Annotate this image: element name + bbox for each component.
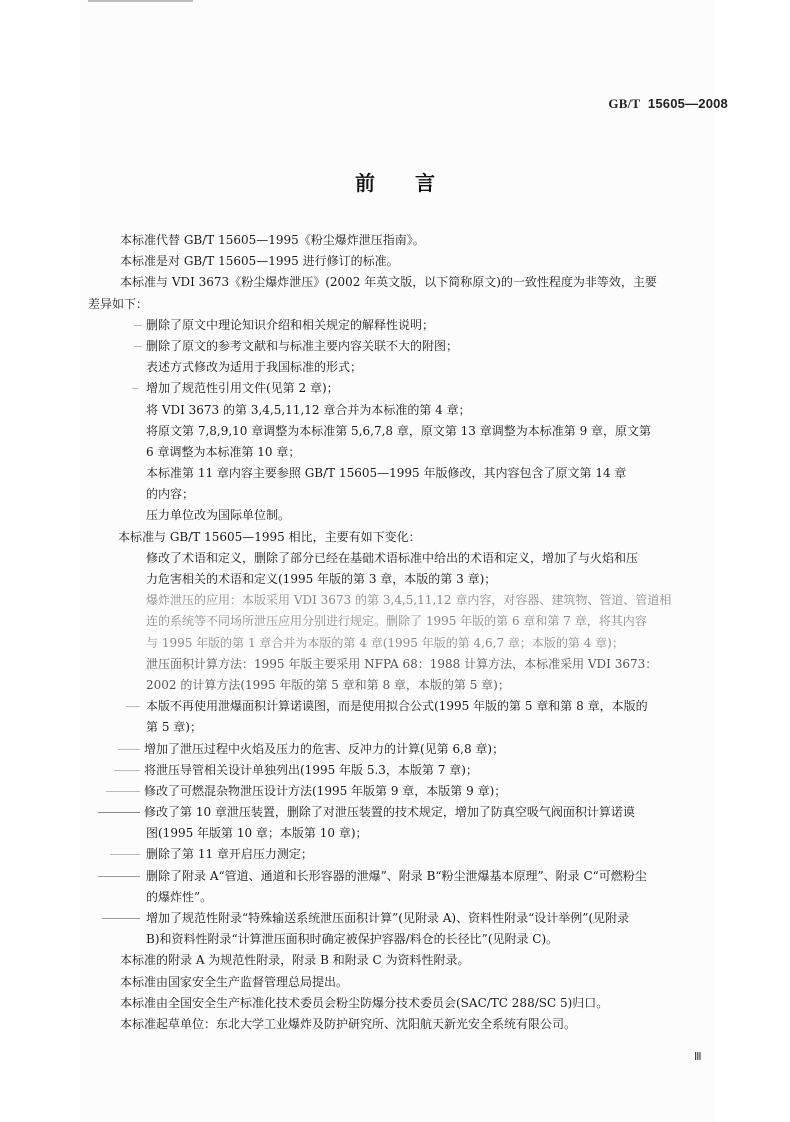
paragraph-consistency: 本标准与 VDI 3673《粉尘爆炸泄压》(2002 年英文版，以下简称原文)的… — [100, 272, 720, 293]
dash-marker — [98, 876, 140, 877]
list-item: 删除了附录 A“管道、通道和长形容器的泄爆”、附录 B“粉尘泄爆基本原理”、附录… — [100, 866, 720, 887]
standard-code-prefix: GB/T — [608, 96, 640, 111]
paragraph-annexes: 本标准的附录 A 为规范性附录，附录 B 和附录 C 为资料性附录。 — [100, 950, 720, 971]
paragraph-revision: 本标准是对 GB/T 15605—1995 进行修订的标准。 — [100, 251, 720, 272]
paragraph-drafters: 本标准起草单位：东北大学工业爆炸及防护研究所、沈阳航天新光安全系统有限公司。 — [100, 1014, 720, 1035]
dash-marker — [114, 770, 140, 771]
list-item: 删除了原文的参考文献和与标准主要内容关联不大的附图； — [100, 336, 720, 357]
list-item-cont: 的爆炸性”。 — [100, 887, 720, 908]
list-item: 将 VDI 3673 的第 3,4,5,11,12 章合并为本标准的第 4 章； — [100, 400, 720, 421]
list-item: 本版不再使用泄爆面积计算诺谟图，而是使用拟合公式(1995 年版的第 5 章和第… — [100, 696, 720, 717]
paragraph-replacement: 本标准代替 GB/T 15605—1995《粉尘爆炸泄压指南》。 — [100, 230, 720, 251]
list-item: 本标准第 11 章内容主要参照 GB/T 15605—1995 年版修改，其内容… — [100, 463, 720, 484]
paragraph-consistency-cont: 差异如下： — [88, 294, 720, 315]
list-item: 修改了可燃混杂物泄压设计方法(1995 年版第 9 章，本版第 9 章)； — [100, 781, 720, 802]
list-item: 表述方式修改为适用于我国标准的形式； — [100, 357, 720, 378]
dash-marker — [118, 749, 140, 750]
list-item: 泄压面积计算方法：1995 年版主要采用 NFPA 68：1988 计算方法，本… — [100, 654, 720, 675]
list-item: 增加了规范性附录“特殊输送系统泄压面积计算”(见附录 A)、资料性附录“设计举例… — [100, 908, 720, 929]
list-item: 删除了原文中理论知识介绍和相关规定的解释性说明； — [100, 315, 720, 336]
document-body: 本标准代替 GB/T 15605—1995《粉尘爆炸泄压指南》。 本标准是对 G… — [100, 230, 720, 1035]
list-item-cont: 2002 的计算方法(1995 年版的第 5 章和第 8 章，本版的第 5 章)… — [100, 675, 720, 696]
dash-marker — [134, 325, 142, 326]
dash-marker — [106, 791, 140, 792]
page-number: Ⅲ — [694, 1050, 701, 1063]
dash-marker — [132, 388, 138, 389]
list-item-cont: B)和资料性附录“计算泄压面积时确定被保护容器/料仓的长径比”(见附录 C)。 — [100, 929, 720, 950]
list-item: 修改了第 10 章泄压装置，删除了对泄压装置的技术规定，增加了防真空吸气阀面积计… — [100, 802, 720, 823]
list-item: 将原文第 7,8,9,10 章调整为本标准第 5,6,7,8 章，原文第 13 … — [100, 421, 720, 442]
list-item: 爆炸泄压的应用：本版采用 VDI 3673 的第 3,4,5,11,12 章内容… — [100, 590, 720, 611]
list-item-cont: 图(1995 年版第 10 章；本版第 10 章)； — [100, 823, 720, 844]
list-item-cont: 力危害相关的术语和定义(1995 年版的第 3 章，本版的第 3 章)； — [100, 569, 720, 590]
dash-marker — [110, 854, 140, 855]
paragraph-changes-intro: 本标准与 GB/T 15605—1995 相比，主要有如下变化： — [100, 527, 720, 548]
dash-marker — [98, 812, 140, 813]
list-item: 增加了泄压过程中火焰及压力的危害、反冲力的计算(见第 6,8 章)； — [100, 739, 720, 760]
list-item-cont: 连的系统等不同场所泄压应用分别进行规定。删除了 1995 年版的第 6 章和第 … — [100, 611, 720, 632]
list-item-cont: 与 1995 年版的第 1 章合并为本版的第 4 章(1995 年版的第 4,6… — [100, 633, 720, 654]
standard-code: GB/T 15605—2008 — [608, 96, 728, 112]
list-item-cont: 的内容； — [100, 484, 720, 505]
list-item-cont: 第 5 章)； — [100, 717, 720, 738]
paragraph-committee: 本标准由全国安全生产标准化技术委员会粉尘防爆分技术委员会(SAC/TC 288/… — [100, 993, 720, 1014]
list-item: 修改了术语和定义，删除了部分已经在基础术语标准中给出的术语和定义，增加了与火焰和… — [100, 548, 720, 569]
list-item-cont: 6 章调整为本标准第 10 章； — [100, 442, 720, 463]
dash-marker — [126, 706, 140, 707]
list-item: 删除了第 11 章开启压力测定； — [100, 844, 720, 865]
list-item: 压力单位改为国际单位制。 — [100, 505, 720, 526]
paragraph-proposer: 本标准由国家安全生产监督管理总局提出。 — [100, 972, 720, 993]
scan-artifact — [88, 0, 193, 2]
dash-marker — [102, 918, 140, 919]
list-item: 将泄压导管相关设计单独列出(1995 年版 5.3，本版第 7 章)； — [100, 760, 720, 781]
title-char-2: 言 — [415, 167, 435, 196]
page-title: 前言 — [0, 167, 790, 196]
list-item: 增加了规范性引用文件(见第 2 章)； — [100, 378, 720, 399]
title-char-1: 前 — [355, 167, 375, 196]
dash-marker — [134, 346, 142, 347]
standard-code-number: 15605—2008 — [648, 96, 728, 111]
